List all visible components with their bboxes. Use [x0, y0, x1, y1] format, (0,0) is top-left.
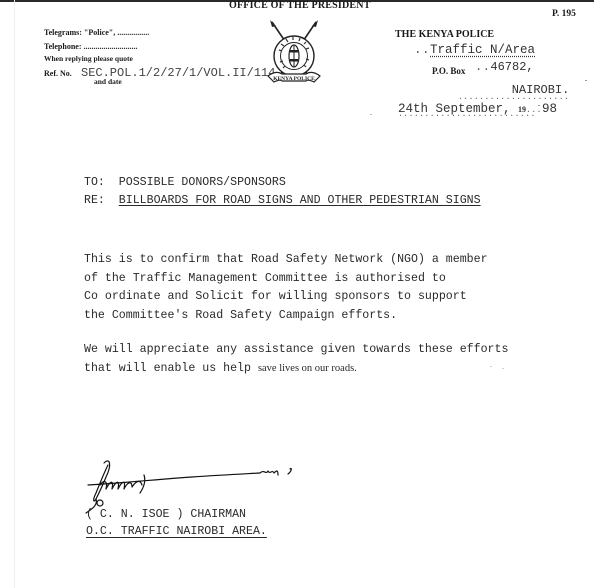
- city-line: NAIROBI. .....................: [458, 83, 569, 101]
- ref-number-label: Ref. No.: [44, 69, 72, 78]
- re-line: RE: BILLBOARDS FOR ROAD SIGNS AND OTHER …: [84, 194, 481, 207]
- signatory-name: ( C. N. ISOE ) CHAIRMAN: [86, 508, 246, 521]
- po-box-line: ..46782,: [475, 60, 534, 74]
- handwritten-signature-icon: [82, 455, 312, 515]
- paragraph-line-mono: that will enable us help: [84, 362, 258, 375]
- date-line: 24th September, 19...98 ................…: [398, 102, 557, 117]
- city-dots: .....................: [458, 95, 569, 101]
- po-box-label: P.O. Box: [432, 66, 465, 76]
- scan-speck: [502, 368, 504, 369]
- scan-speck: [490, 366, 492, 367]
- paragraph-line: Co ordinate and Solicit for willing spon…: [84, 288, 488, 307]
- station-line: ..Traffic N/Area: [414, 43, 535, 57]
- telephone-line: Telephone: ...........................: [44, 42, 138, 51]
- body-paragraph-1: This is to confirm that Road Safety Netw…: [84, 251, 488, 325]
- paragraph-line-serif: save lives on our roads.: [258, 363, 357, 374]
- date-dots: ..........................: [398, 113, 557, 117]
- organization-name: THE KENYA POLICE: [395, 29, 494, 40]
- page-number: P. 195: [552, 9, 576, 19]
- to-value: POSSIBLE DONORS/SPONSORS: [119, 176, 286, 189]
- to-line: TO: POSSIBLE DONORS/SPONSORS: [84, 176, 286, 189]
- office-title: OFFICE OF THE PRESIDENT: [229, 0, 371, 11]
- po-box-value: 46782,: [490, 60, 533, 74]
- telegrams-line: Telegrams: "Police", ................: [44, 28, 149, 37]
- paragraph-line: This is to confirm that Road Safety Netw…: [84, 251, 488, 270]
- scan-speck: [538, 105, 540, 106]
- po-box-dots: ..: [475, 60, 490, 74]
- paragraph-line: the Committee's Road Safety Campaign eff…: [84, 307, 488, 326]
- paragraph-line: of the Traffic Management Committee is a…: [84, 270, 488, 289]
- re-label: RE:: [84, 194, 105, 207]
- re-subject: BILLBOARDS FOR ROAD SIGNS AND OTHER PEDE…: [119, 194, 481, 207]
- kenya-police-crest-icon: KENYA POLICE: [262, 20, 326, 90]
- station-name: Traffic N/Area: [430, 43, 535, 57]
- body-paragraph-2: We will appreciate any assistance given …: [84, 341, 508, 378]
- scan-speck: [370, 114, 372, 115]
- replying-note: When replying please quote: [44, 54, 133, 63]
- paragraph-line: that will enable us help save lives on o…: [84, 360, 508, 379]
- svg-text:KENYA POLICE: KENYA POLICE: [273, 76, 315, 82]
- paragraph-line: We will appreciate any assistance given …: [84, 341, 508, 360]
- scan-margin-line: [14, 0, 15, 588]
- scan-speck: [585, 80, 587, 81]
- and-date-label: and date: [94, 77, 122, 86]
- station-dots: ..: [414, 43, 430, 57]
- signatory-title: O.C. TRAFFIC NAIROBI AREA.: [86, 525, 267, 538]
- date-year-suffix: 98: [542, 102, 557, 116]
- to-label: TO:: [84, 176, 105, 189]
